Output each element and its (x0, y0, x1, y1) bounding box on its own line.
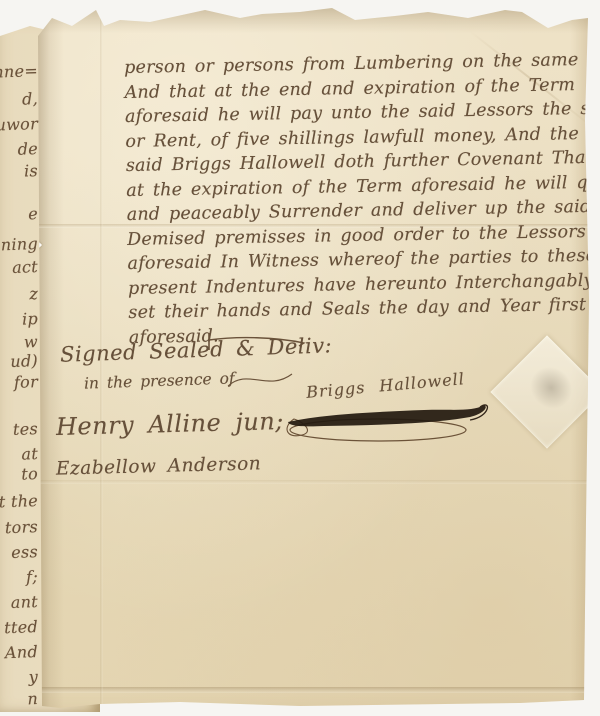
left-page-text-fragment: ess (0, 542, 38, 563)
left-page-text-fragment: de (0, 139, 38, 160)
left-page-text-fragment: t the (0, 491, 38, 512)
left-page-text-fragment: tors (0, 517, 38, 538)
left-page-text-fragment: uwor (0, 114, 38, 135)
left-page-text-fragment: for (0, 372, 38, 393)
left-page-text-fragment: ning (0, 234, 38, 255)
manuscript-scan: nne=d,uwordeiseningactzipwud)fortesattot… (0, 0, 600, 716)
left-page-text-fragment: f; (0, 567, 38, 588)
edge-speck (3, 19, 7, 25)
left-page-text-fragment: is (0, 161, 38, 182)
signature-ink-flourish (282, 392, 494, 448)
witness-signature-ezabellow-anderson: Ezabellow Anderson (56, 453, 262, 479)
left-page-text-fragment: And (0, 642, 38, 663)
left-page-text-fragment: ip (0, 309, 38, 330)
left-page-text-fragment: y (0, 667, 38, 688)
presence-flourish (226, 366, 296, 394)
attestation-presence-line: in the presence of (84, 369, 235, 392)
left-page-text-fragment: nne= (0, 61, 38, 82)
horizontal-crease (38, 687, 588, 693)
torn-top-edge-shadow (38, 6, 588, 40)
left-page-text-fragment: to (0, 464, 38, 485)
wafer-seal-smudge (522, 358, 581, 417)
witness-signature-henry-alline: Henry Alline jun; (56, 407, 284, 441)
left-page-text-fragment: n (0, 689, 38, 710)
left-page-text-fragment: e (0, 204, 38, 225)
left-page-text-fragment: ud) (0, 351, 38, 372)
left-page-text-fragment: z (0, 284, 38, 305)
edge-speck (0, 8, 6, 17)
left-page-text-fragment: w (0, 332, 38, 353)
body-text-block: person or persons from Lumbering on the … (124, 50, 593, 353)
left-page-text-fragment: ant (0, 592, 38, 613)
left-page-text-fragment: at (0, 444, 38, 465)
left-page-text-fragment: tted (0, 617, 38, 638)
left-page-text-fragment: d, (0, 89, 38, 110)
manuscript-page: person or persons from Lumbering on the … (0, 0, 600, 716)
left-page-text-fragment: act (0, 257, 38, 278)
left-page-text-fragment: tes (0, 419, 38, 440)
horizontal-crease (38, 480, 588, 484)
